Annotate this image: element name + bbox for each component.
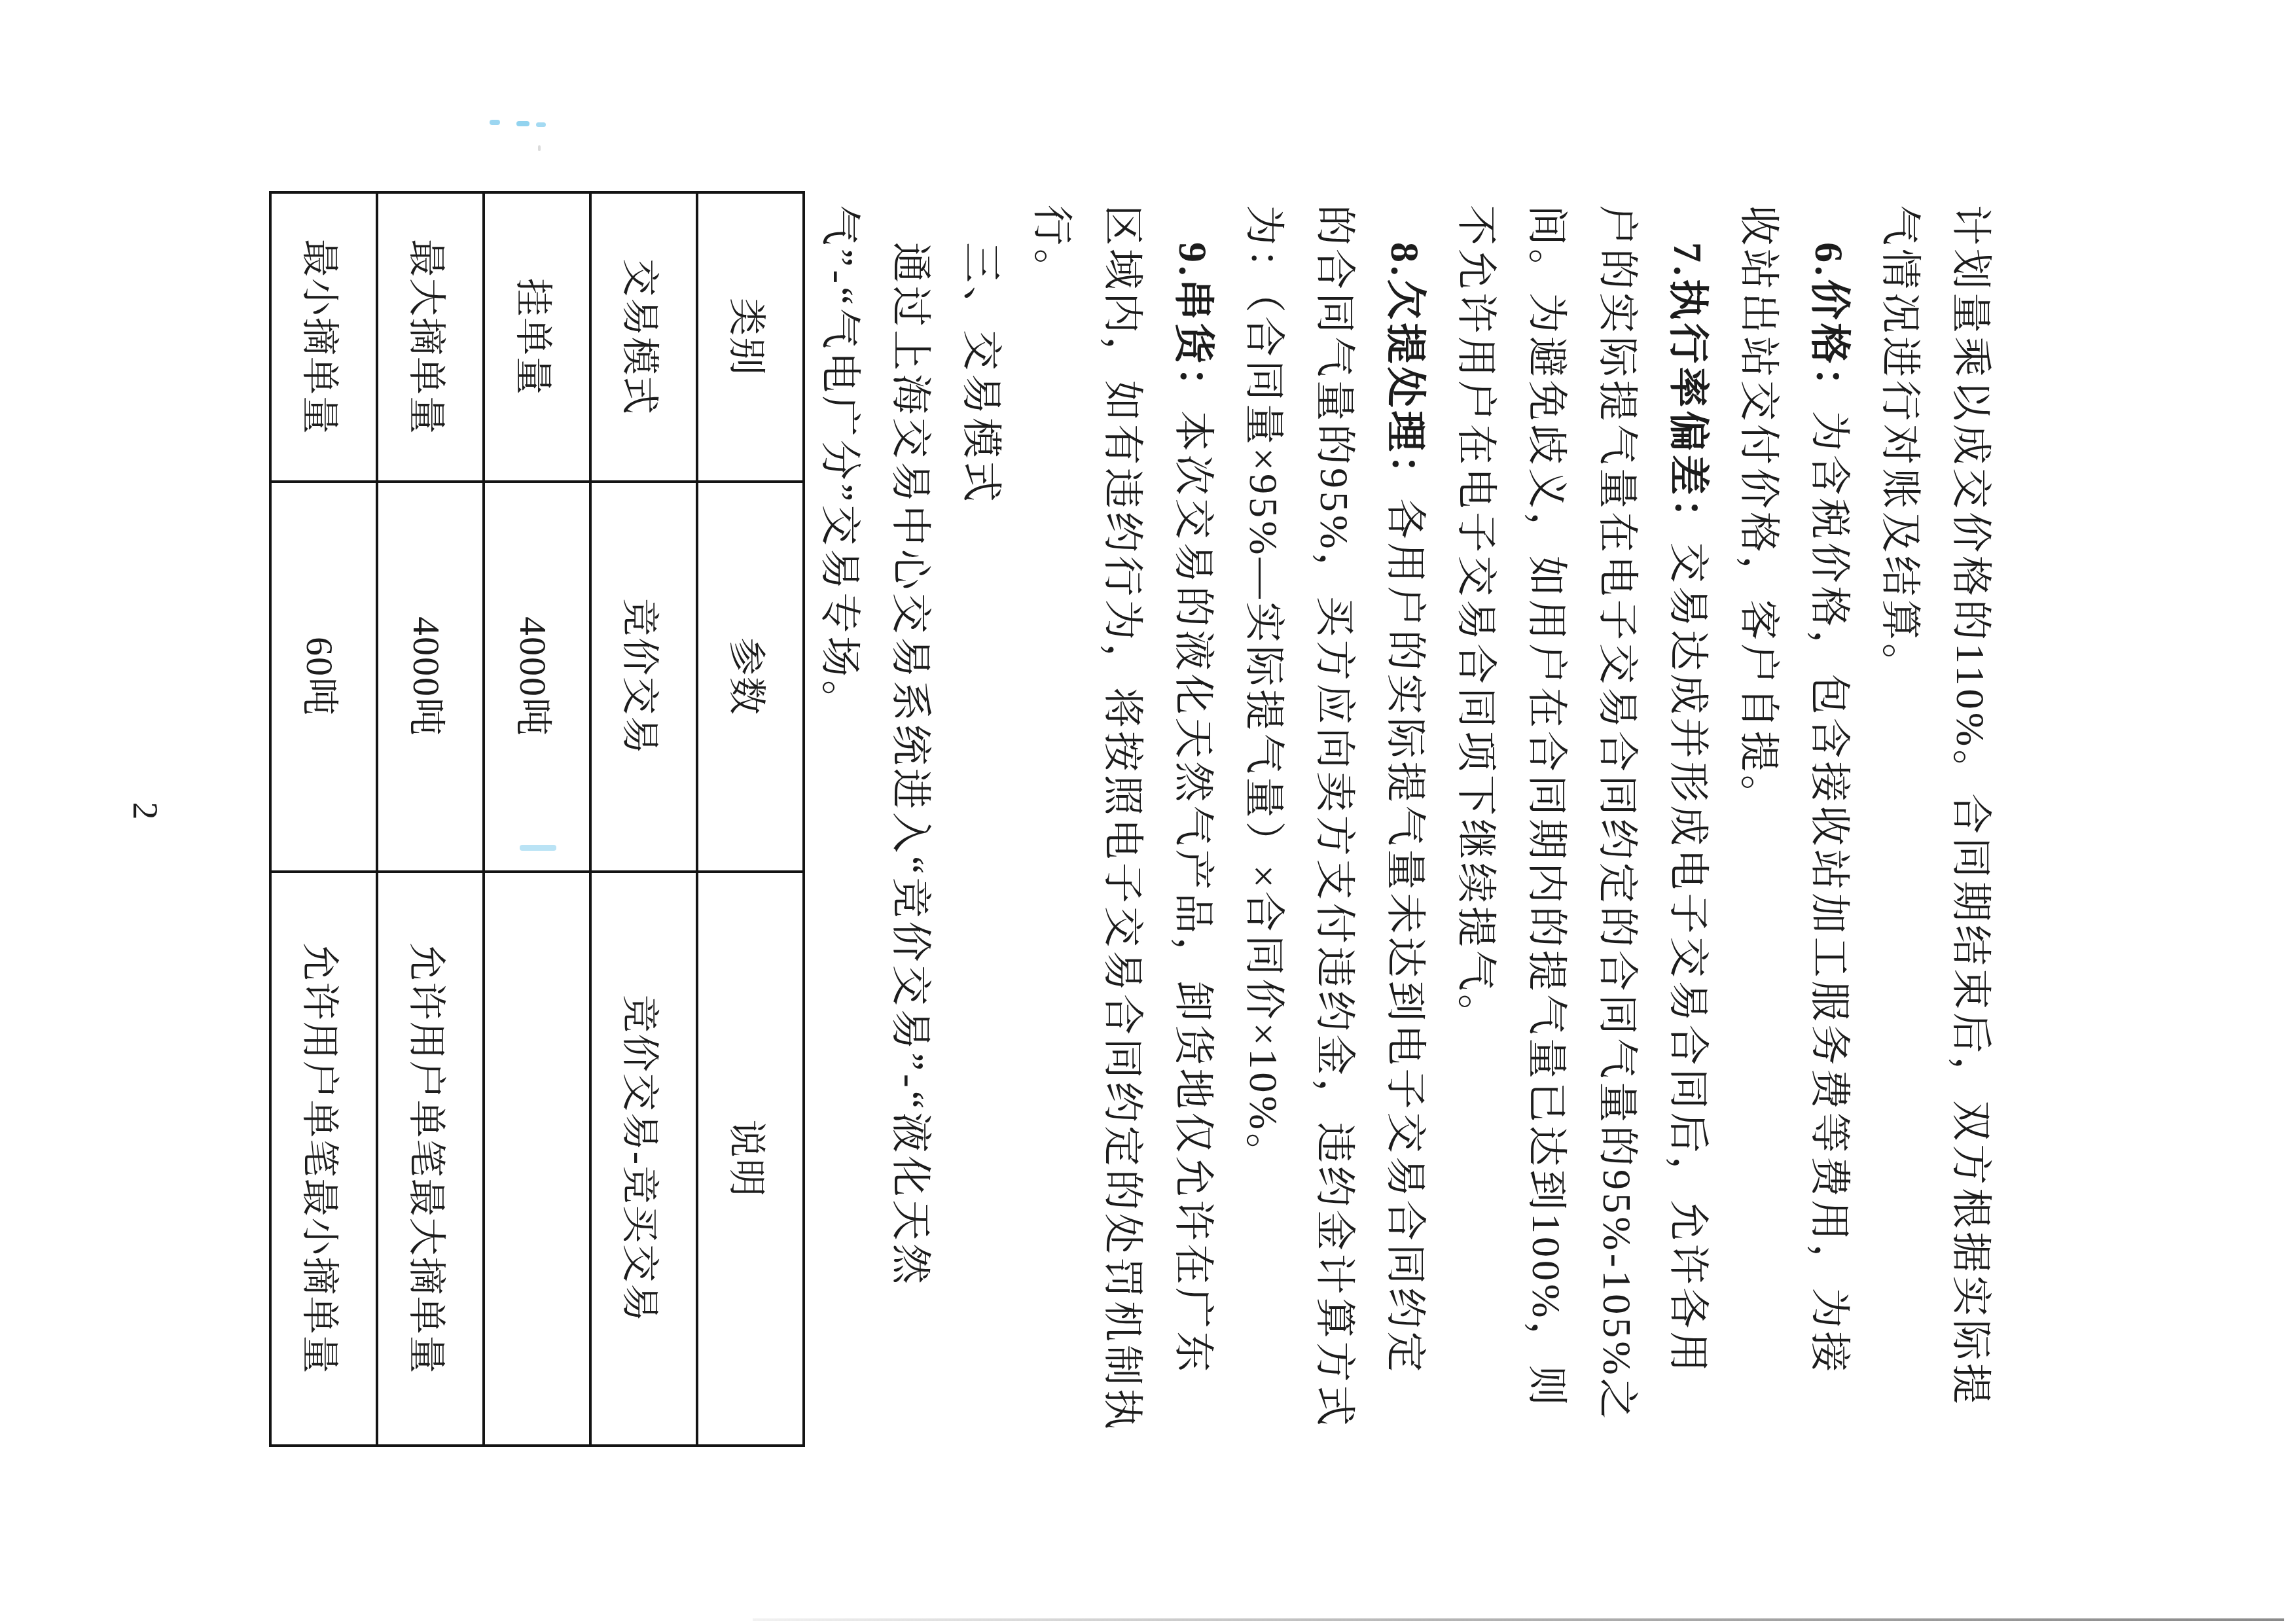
text-line-lead: 7.执行率偏差：	[1665, 242, 1710, 543]
text-line: 气情况进行对账及结算。	[1864, 205, 1935, 1440]
table-cell: 交易模式	[590, 192, 697, 482]
section-heading: 三、交易模式	[945, 205, 1016, 1440]
table-cell: 60吨	[270, 482, 377, 872]
text-line-body: 计划量乘以成交价格的110%。合同期结束后，双方根据实际提	[1948, 205, 1992, 1407]
text-line-body: 不允许用户在电子交易合同项下继续提气。	[1453, 205, 1498, 1038]
text-line-body: 户的实际提气量在电子交易合同约定的合同气量的95%-105%之	[1594, 205, 1639, 1422]
text-line-body: 通过上海交易中心交易系统进入“竞价交易”-“液化天然	[888, 242, 932, 1287]
text-line: 间。为避免歧义，如用户在合同期内的提气量已达到100%，则	[1511, 205, 1581, 1440]
table-cell: 最大摘单量	[377, 192, 484, 482]
text-line-body: 各用户的实际提气量未达到电子交易合同约定	[1382, 499, 1427, 1376]
text-line-body: 的合同气量的95%，买方应向卖方支付违约金，违约金计算方式	[1312, 205, 1356, 1429]
text-line: 通过上海交易中心交易系统进入“竞价交易”-“液化天然	[874, 205, 945, 1440]
text-line-body: 行。	[1029, 205, 1073, 293]
table-cell: 竞价交易-竞买交易	[590, 872, 697, 1446]
text-line-lead: 9.串货：	[1170, 242, 1215, 411]
trade-params-table: 类别 参数 说明 交易模式 竞价交易 竞价交易-竞买交易 挂单量 4000吨 最…	[269, 191, 805, 1447]
text-line: 收站出站交付价格，客户自提。	[1723, 205, 1793, 1440]
header-category: 类别	[697, 192, 804, 482]
body-text: 计划量乘以成交价格的110%。合同期结束后，双方根据实际提 气情况进行对账及结算…	[804, 205, 2005, 1440]
table-cell: 允许用户单笔最小摘单量	[270, 872, 377, 1446]
table-cell: 4000吨	[377, 482, 484, 872]
header-parameter: 参数	[697, 482, 804, 872]
text-line: 9.串货：本次交易的液化天然气产品，卸货地仅允许在广东	[1157, 205, 1228, 1440]
text-line: 区域内，如有违约行为，将按照电子交易合同约定的处罚机制执	[1086, 205, 1157, 1440]
text-line: 为：（合同量×95%—实际提气量）×合同价×10%。	[1228, 205, 1299, 1440]
text-line-body: 收站出站交付价格，客户自提。	[1736, 205, 1780, 819]
text-line-body: 本次交易的液化天然气产品，卸货地仅允许在广东	[1170, 411, 1215, 1376]
pen-mark	[490, 120, 500, 125]
scan-speck	[538, 145, 541, 151]
text-line-lead: 6.价格：	[1806, 242, 1851, 411]
text-line: 行。	[1016, 205, 1086, 1440]
table-cell: 竞价交易	[590, 482, 697, 872]
text-line: 计划量乘以成交价格的110%。合同期结束后，双方根据实际提	[1935, 205, 2005, 1440]
table-row: 最大摘单量 4000吨 允许用户单笔最大摘单量	[377, 192, 484, 1446]
pen-mark	[516, 121, 529, 126]
table-row: 挂单量 4000吨	[484, 192, 590, 1446]
table-cell: 挂单量	[484, 192, 590, 482]
text-line-lead: 8.欠提处理：	[1382, 242, 1427, 499]
text-line: 6.价格：为含税价格，包含接收站加工服务费等费用，为接	[1793, 205, 1864, 1440]
text-line: 7.执行率偏差：交易达成并形成电子交易合同后，允许各用	[1652, 205, 1723, 1440]
scanner-edge-artifact	[753, 1618, 2284, 1621]
table-header-row: 类别 参数 说明	[697, 192, 804, 1446]
document-page: 计划量乘以成交价格的110%。合同期结束后，双方根据实际提 气情况进行对账及结算…	[0, 0, 2296, 1623]
text-line-body: 三、交易模式	[958, 242, 1003, 505]
text-line: 不允许用户在电子交易合同项下继续提气。	[1440, 205, 1511, 1440]
text-line-body: 交易达成并形成电子交易合同后，允许各用	[1665, 543, 1710, 1376]
scanned-document: 计划量乘以成交价格的110%。合同期结束后，双方根据实际提 气情况进行对账及结算…	[0, 0, 2296, 1623]
table-cell: 4000吨	[484, 482, 590, 872]
page-number: 2	[125, 0, 166, 1623]
text-line: 户的实际提气量在电子交易合同约定的合同气量的95%-105%之	[1581, 205, 1652, 1440]
text-line: 气”-“气电广分”交易专场。	[804, 205, 874, 1440]
text-line-body: 区域内，如有违约行为，将按照电子交易合同约定的处罚机制执	[1100, 205, 1144, 1433]
table-cell	[484, 872, 590, 1446]
header-description: 说明	[697, 872, 804, 1446]
text-line-body: 气情况进行对账及结算。	[1877, 205, 1922, 687]
table-cell: 最小摘单量	[270, 192, 377, 482]
pen-mark	[520, 845, 556, 851]
text-line-body: 为含税价格，包含接收站加工服务费等费用，为接	[1806, 411, 1851, 1376]
table-cell: 允许用户单笔最大摘单量	[377, 872, 484, 1446]
text-line-body: 间。为避免歧义，如用户在合同期内的提气量已达到100%，则	[1524, 205, 1568, 1409]
pen-mark	[536, 122, 546, 127]
text-line: 8.欠提处理：各用户的实际提气量未达到电子交易合同约定	[1369, 205, 1440, 1440]
text-line-body: 为：（合同量×95%—实际提气量）×合同价×10%。	[1241, 205, 1285, 1177]
text-line: 的合同气量的95%，买方应向卖方支付违约金，违约金计算方式	[1299, 205, 1369, 1440]
table-row: 交易模式 竞价交易 竞价交易-竞买交易	[590, 192, 697, 1446]
text-line-body: 气”-“气电广分”交易专场。	[817, 205, 861, 724]
table-row: 最小摘单量 60吨 允许用户单笔最小摘单量	[270, 192, 377, 1446]
